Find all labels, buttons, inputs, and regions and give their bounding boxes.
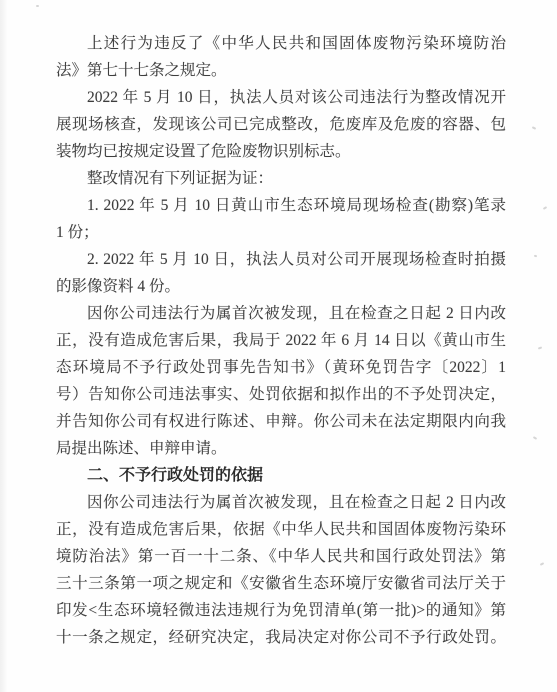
scan-noise [538, 346, 542, 349]
text-line: 因你公司违法行为属首次被发现，且在检查之日起 2 日内改 [56, 489, 506, 516]
text-line: 上述行为违反了《中华人民共和国固体废物污染环境防治 [56, 30, 506, 57]
scan-noise [533, 436, 537, 440]
scan-noise [532, 126, 536, 130]
scan-noise [36, 5, 39, 7]
text-line: 展现场核查，发现该公司已完成整改，危废库及危废的容器、包 [56, 111, 506, 138]
text-line: 局提出陈述、申辩申请。 [56, 435, 506, 462]
text-line: 装物均已按规定设置了危险废物识别标志。 [56, 138, 506, 165]
scan-noise [534, 255, 537, 258]
text-line: 十一条之规定，经研究决定，我局决定对你公司不予行政处罚。 [56, 624, 506, 651]
section-heading: 二、不予行政处罚的依据 [56, 462, 506, 489]
text-line: 正，没有造成危害后果，依据《中华人民共和国固体废物污染环 [56, 516, 506, 543]
document-text: 上述行为违反了《中华人民共和国固体废物污染环境防治法》第七十七条之规定。2022… [56, 30, 506, 651]
text-line: 境防治法》第一百一十二条、《中华人民共和国行政处罚法》第 [56, 543, 506, 570]
text-line: 号）告知你公司违法事实、处罚依据和拟作出的不予处罚决定， [56, 381, 506, 408]
text-line: 正，没有造成危害后果，我局于 2022 年 6 月 14 日以《黄山市生 [56, 327, 506, 354]
text-line: 2. 2022 年 5 月 10 日，执法人员对公司开展现场检查时拍摄 [56, 246, 506, 273]
scan-noise [543, 206, 547, 210]
text-line: 印发<生态环境轻微违法违规行为免罚清单(第一批)>的通知》第 [56, 597, 506, 624]
text-line: 法》第七十七条之规定。 [56, 57, 506, 84]
text-line: 整改情况有下列证据为证： [56, 165, 506, 192]
text-line: 态环境局不予行政处罚事先告知书》（黄环免罚告字〔2022〕1 [56, 354, 506, 381]
text-line: 三十三条第一项之规定和《安徽省生态环境厅安徽省司法厅关于 [56, 570, 506, 597]
text-line: 2022 年 5 月 10 日，执法人员对该公司违法行为整改情况开 [56, 84, 506, 111]
text-line: 1 份； [56, 219, 506, 246]
text-line: 并告知你公司有权进行陈述、申辩。你公司未在法定期限内向我 [56, 408, 506, 435]
text-line: 因你公司违法行为属首次被发现，且在检查之日起 2 日内改 [56, 300, 506, 327]
document-page: 上述行为违反了《中华人民共和国固体废物污染环境防治法》第七十七条之规定。2022… [0, 0, 557, 692]
scan-edge-shadow [0, 0, 8, 692]
scan-noise [540, 562, 544, 566]
text-line: 1. 2022 年 5 月 10 日黄山市生态环境局现场检查(勘察)笔录 [56, 192, 506, 219]
text-line: 的影像资料 4 份。 [56, 273, 506, 300]
